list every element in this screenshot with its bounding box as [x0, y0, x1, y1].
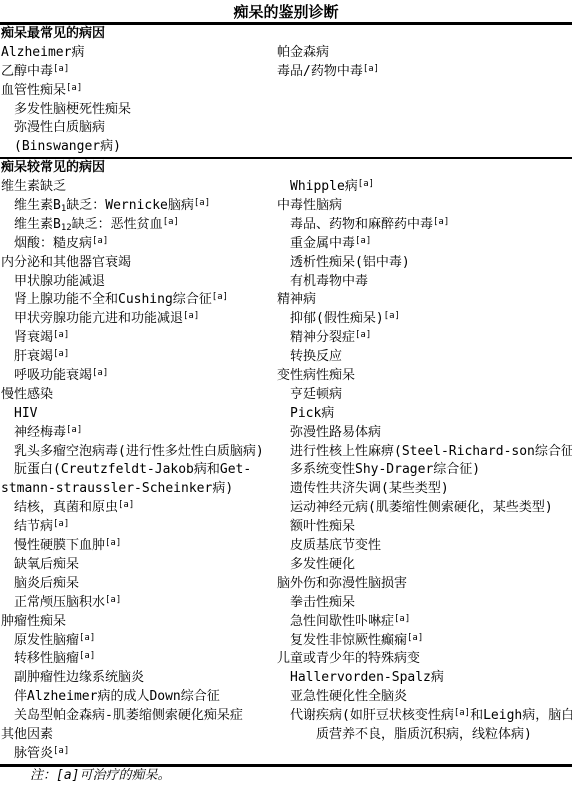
list-item: 弥漫性路易体病	[276, 424, 572, 443]
list-item: 转换反应	[276, 348, 572, 367]
treatable-marker: [a]	[384, 311, 400, 321]
list-item: 复发性非惊厥性癫痫[a]	[276, 632, 572, 651]
list-item: 乙醇中毒[a]	[0, 63, 276, 82]
list-item: Whipple病[a]	[276, 178, 572, 197]
list-item: 遗传性共济失调(某些类型)	[276, 480, 572, 499]
list-item: 关岛型帕金森病-肌萎缩侧索硬化痴呆症	[0, 707, 276, 726]
treatable-marker: [a]	[394, 614, 410, 624]
section-most-common-causes: 痴呆最常见的病因 Alzheimer病乙醇中毒[a]血管性痴呆[a]多发性脑梗死…	[0, 25, 572, 157]
list-item: 正常颅压脑积水[a]	[0, 594, 276, 613]
list-item: 维生素B1缺乏：Wernicke脑病[a]	[0, 197, 276, 216]
section-less-common-causes: 痴呆较常见的病因 维生素缺乏维生素B1缺乏：Wernicke脑病[a]维生素B1…	[0, 159, 572, 764]
dementia-differential-diagnosis-table: 痴呆的鉴别诊断 痴呆最常见的病因 Alzheimer病乙醇中毒[a]血管性痴呆[…	[0, 0, 572, 785]
treatable-marker: [a]	[194, 198, 210, 208]
treatable-marker: [a]	[53, 64, 69, 74]
list-item: 精神病	[276, 291, 572, 310]
treatable-marker: [a]	[118, 500, 134, 510]
list-item: 维生素缺乏	[0, 178, 276, 197]
list-item: 毒品、药物和麻醉药中毒[a]	[276, 216, 572, 235]
treatable-marker: [a]	[355, 330, 371, 340]
treatable-marker: [a]	[105, 595, 121, 605]
treatable-marker: [a]	[433, 217, 449, 227]
list-item: 脑炎后痴呆	[0, 575, 276, 594]
list-item: 抑郁(假性痴呆)[a]	[276, 310, 572, 329]
treatable-marker: [a]	[66, 425, 82, 435]
treatable-marker: [a]	[355, 236, 371, 246]
list-item: 中毒性脑病	[276, 197, 572, 216]
treatable-marker: [a]	[163, 217, 179, 227]
list-item: 亨廷顿病	[276, 386, 572, 405]
column-left: Alzheimer病乙醇中毒[a]血管性痴呆[a]多发性脑梗死性痴呆弥漫性白质脑…	[0, 44, 276, 157]
list-item: 血管性痴呆[a]	[0, 82, 276, 101]
list-item: 甲状腺功能减退	[0, 273, 276, 292]
list-item: 拳击性痴呆	[276, 594, 572, 613]
list-item: 原发性脑瘤[a]	[0, 632, 276, 651]
list-item: 副肿瘤性边缘系统脑炎	[0, 669, 276, 688]
page-title: 痴呆的鉴别诊断	[0, 3, 572, 22]
treatable-marker: [a]	[79, 651, 95, 661]
list-item: 缺氧后痴呆	[0, 556, 276, 575]
section-header: 痴呆最常见的病因	[0, 25, 572, 44]
list-item: 转移性脑瘤[a]	[0, 650, 276, 669]
list-item: Hallervorden-Spalz病	[276, 669, 572, 688]
list-item: 烟酸：糙皮病[a]	[0, 235, 276, 254]
list-item: 儿童或青少年的特殊病变	[276, 650, 572, 669]
list-item: 乳头多瘤空泡病毒(进行性多灶性白质脑病)	[0, 443, 276, 462]
list-item: 透析性痴呆(铝中毒)	[276, 254, 572, 273]
list-item: 皮质基底节变性	[276, 537, 572, 556]
list-item: 运动神经元病(肌萎缩性侧索硬化，某些类型)	[276, 499, 572, 518]
treatable-marker: [a]	[66, 83, 82, 93]
list-item: 急性间歇性卟啉症[a]	[276, 613, 572, 632]
treatable-marker: [a]	[212, 292, 228, 302]
subscript: 12	[61, 223, 72, 233]
treatable-marker: [a]	[53, 349, 69, 359]
list-item: 朊蛋白(Creutzfeldt-Jakob病和Get-	[0, 461, 276, 480]
list-item: 慢性感染	[0, 386, 276, 405]
list-item: 额叶性痴呆	[276, 518, 572, 537]
list-item: HIV	[0, 405, 276, 424]
treatable-marker: [a]	[92, 368, 108, 378]
section-columns: 维生素缺乏维生素B1缺乏：Wernicke脑病[a]维生素B12缺乏：恶性贫血[…	[0, 178, 572, 764]
list-item: 维生素B12缺乏：恶性贫血[a]	[0, 216, 276, 235]
list-item: 精神分裂症[a]	[276, 329, 572, 348]
list-item: 进行性核上性麻痹(Steel-Richard-son综合征)	[276, 443, 572, 462]
section-header: 痴呆较常见的病因	[0, 159, 572, 178]
list-item: 肾衰竭[a]	[0, 329, 276, 348]
list-item: 肾上腺功能不全和Cushing综合征[a]	[0, 291, 276, 310]
list-item: 重金属中毒[a]	[276, 235, 572, 254]
list-item: (Binswanger病)	[0, 138, 276, 157]
list-item: 亚急性硬化性全脑炎	[276, 688, 572, 707]
list-item: 代谢疾病(如肝豆状核变性病[a]和Leigh病，脑白	[276, 707, 572, 726]
list-item: 有机毒物中毒	[276, 273, 572, 292]
treatable-marker: [a]	[183, 311, 199, 321]
treatable-marker: [a]	[454, 708, 470, 718]
list-item: Alzheimer病	[0, 44, 276, 63]
treatable-marker: [a]	[363, 64, 379, 74]
list-item: 其他因素	[0, 726, 276, 745]
column-right: 帕金森病毒品/药物中毒[a]	[276, 44, 572, 82]
treatable-marker: [a]	[92, 236, 108, 246]
list-item: stmann-straussler-Scheinker病)	[0, 480, 276, 499]
treatable-marker: [a]	[105, 538, 121, 548]
treatable-marker: [a]	[407, 633, 423, 643]
treatable-marker: [a]	[358, 179, 374, 189]
list-item: 帕金森病	[276, 44, 572, 63]
section-columns: Alzheimer病乙醇中毒[a]血管性痴呆[a]多发性脑梗死性痴呆弥漫性白质脑…	[0, 44, 572, 157]
list-item: 呼吸功能衰竭[a]	[0, 367, 276, 386]
list-item: 毒品/药物中毒[a]	[276, 63, 572, 82]
treatable-marker: [a]	[79, 633, 95, 643]
treatable-marker: [a]	[53, 519, 69, 529]
treatable-marker: [a]	[53, 746, 69, 756]
footnote: 注：[a]可治疗的痴呆。	[0, 767, 572, 784]
list-item: 脑外伤和弥漫性脑损害	[276, 575, 572, 594]
list-item: 甲状旁腺功能亢进和功能减退[a]	[0, 310, 276, 329]
list-item: 慢性硬膜下血肿[a]	[0, 537, 276, 556]
list-item: 结节病[a]	[0, 518, 276, 537]
list-item: 肝衰竭[a]	[0, 348, 276, 367]
subscript: 1	[61, 204, 66, 214]
list-item: Pick病	[276, 405, 572, 424]
treatable-marker: [a]	[53, 330, 69, 340]
list-item: 多发性硬化	[276, 556, 572, 575]
list-item: 内分泌和其他器官衰竭	[0, 254, 276, 273]
list-item: 弥漫性白质脑病	[0, 119, 276, 138]
list-item: 肿瘤性痴呆	[0, 613, 276, 632]
list-item: 结核，真菌和原虫[a]	[0, 499, 276, 518]
list-item: 变性病性痴呆	[276, 367, 572, 386]
list-item: 多发性脑梗死性痴呆	[0, 101, 276, 120]
list-item: 脉管炎[a]	[0, 745, 276, 764]
list-item: 伴Alzheimer病的成人Down综合征	[0, 688, 276, 707]
list-item: 多系统变性Shy-Drager综合征)	[276, 461, 572, 480]
column-left: 维生素缺乏维生素B1缺乏：Wernicke脑病[a]维生素B12缺乏：恶性贫血[…	[0, 178, 276, 764]
column-right: Whipple病[a]中毒性脑病毒品、药物和麻醉药中毒[a]重金属中毒[a]透析…	[276, 178, 572, 745]
list-item: 质营养不良，脂质沉积病，线粒体病)	[276, 726, 572, 745]
list-item: 神经梅毒[a]	[0, 424, 276, 443]
